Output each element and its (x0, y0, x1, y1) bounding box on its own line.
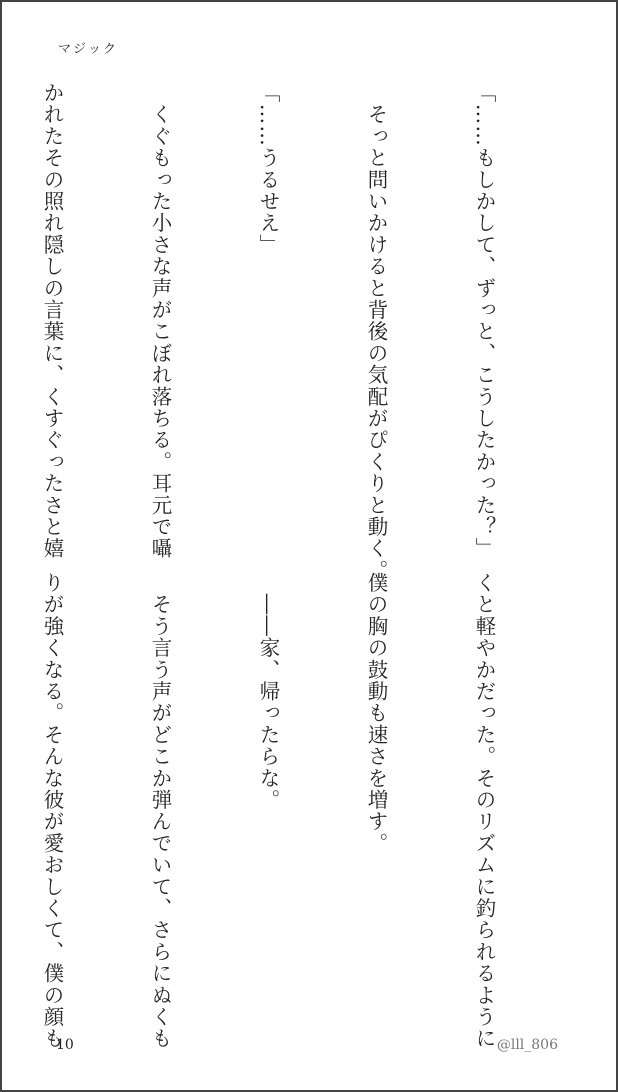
text-block-bottom: くと軽やかだった。そのリズムに釣られるように 僕の胸の鼓動も速さを増す。 ――家… (0, 572, 574, 1012)
text-block-top: 「……もしかして、ずっと、こうしたかった？」 そっと問いかけると背後の気配がぴく… (0, 82, 574, 522)
text-line: くと軽やかだった。そのリズムに釣られるように (466, 572, 502, 1012)
text-line: 僕の胸の鼓動も速さを増す。 (358, 572, 394, 1012)
page: マジック 「……もしかして、ずっと、こうしたかった？」 そっと問いかけると背後の… (0, 0, 618, 1092)
text-line: そっと問いかけると背後の気配がぴくりと動く。 (358, 82, 394, 522)
chapter-title: マジック (58, 38, 118, 57)
text-line: 「……うるせえ」 (250, 82, 286, 522)
text-line: 「……もしかして、ずっと、こうしたかった？」 (466, 82, 502, 522)
text-line: ――家、帰ったらな。 (250, 572, 286, 1012)
text-line: かれたその照れ隠しの言葉に、くすぐったさと嬉 (34, 82, 70, 522)
page-number: 10 (56, 1037, 74, 1053)
text-line: りが強くなる。そんな彼が愛おしくて、僕の顔も (34, 572, 70, 1012)
text-line: くぐもった小さな声がこぼれ落ちる。耳元で囁 (142, 82, 178, 522)
text-line: そう言う声がどこか弾んでいて、さらにぬくも (142, 572, 178, 1012)
author-handle: @lll_806 (497, 1037, 558, 1053)
